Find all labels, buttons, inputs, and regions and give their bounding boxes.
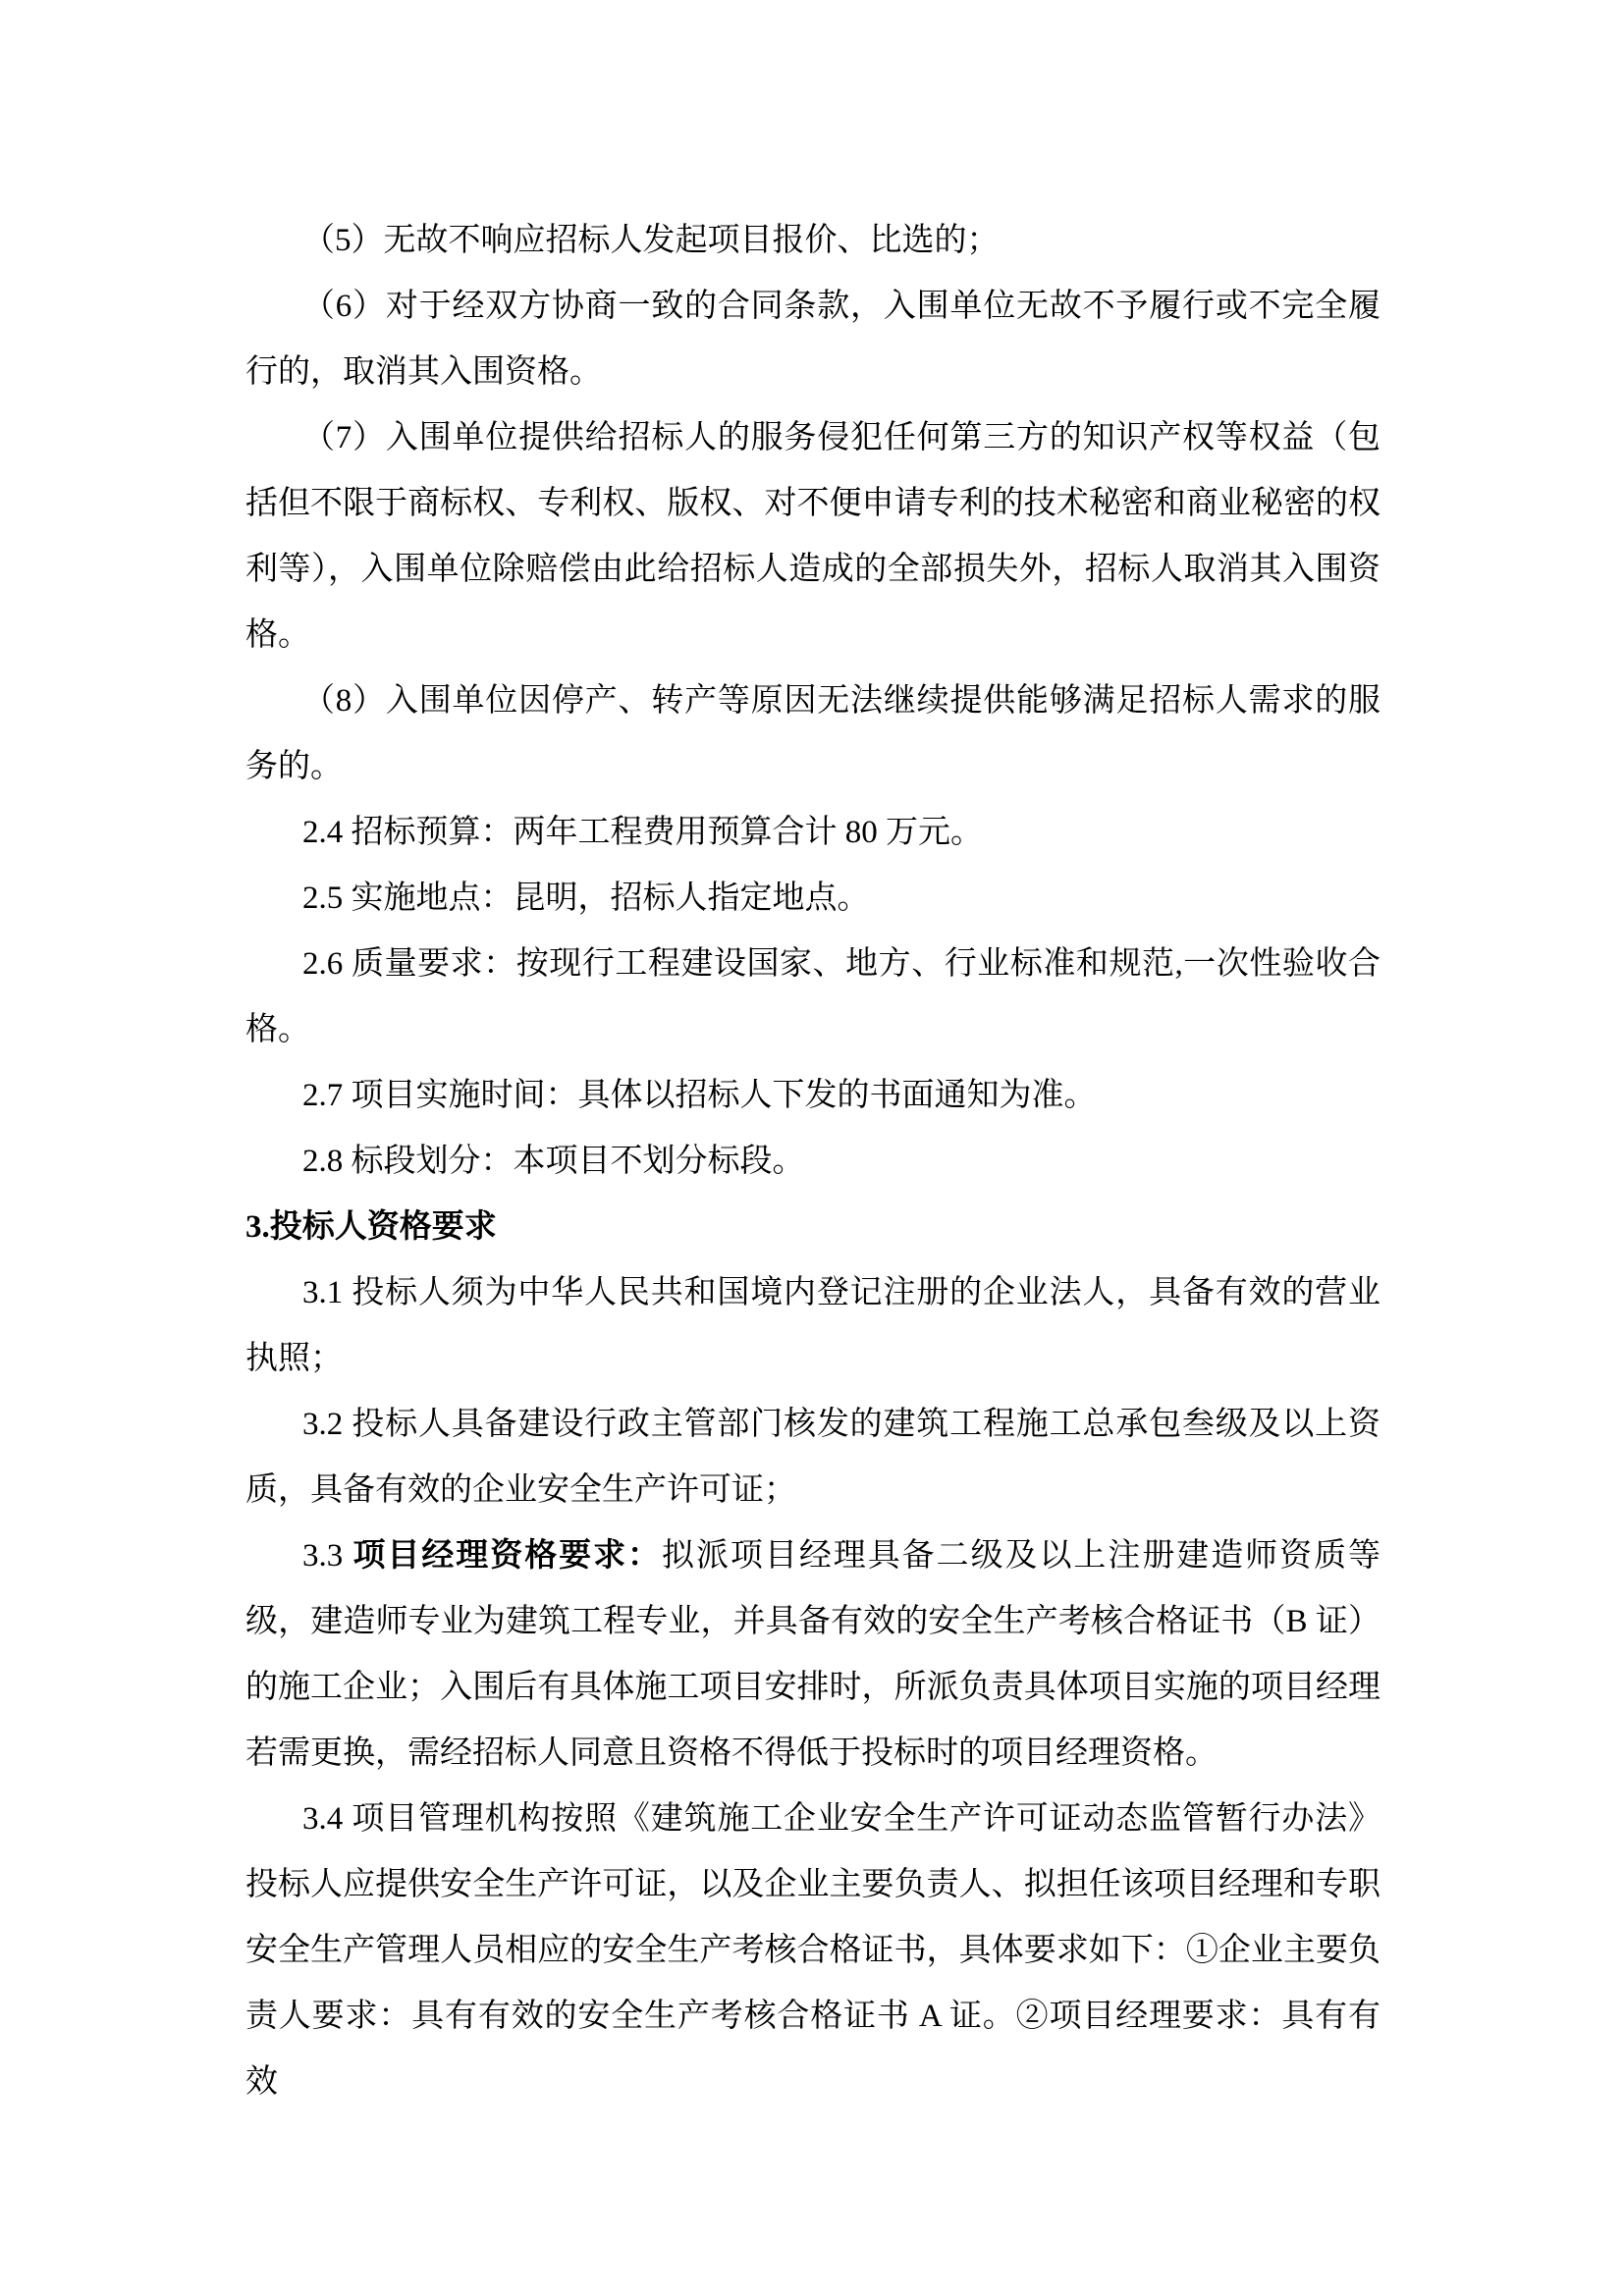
text-run: 2.4 招标预算：两年工程费用预算合计 80 万元。 [302,815,983,850]
text-run: 2.7 项目实施时间：具体以招标人下发的书面通知为准。 [302,1078,1097,1113]
text-run: （7）入围单位提供给招标人的服务侵犯任何第三方的知识产权等权益（包括但不限于商标… [245,420,1380,653]
text-run: 3.1 投标人须为中华人民共和国境内登记注册的企业法人，具备有效的营业执照； [245,1275,1380,1376]
text-run: 2.5 实施地点：昆明，招标人指定地点。 [302,881,870,916]
document-page: （5）无故不响应招标人发起项目报价、比选的；（6）对于经双方协商一致的合同条款，… [0,0,1624,2296]
paragraph-1: （5）无故不响应招标人发起项目报价、比选的； [245,208,1380,274]
text-run: （5）无故不响应招标人发起项目报价、比选的； [302,223,1000,258]
paragraph-14: 3.4 项目管理机构按照《建筑施工企业安全生产许可证动态监管暂行办法》投标人应提… [245,1787,1380,2115]
text-run: （8）入围单位因停产、转产等原因无法继续提供能够满足招标人需求的服务的。 [245,683,1380,784]
paragraph-2: （6）对于经双方协商一致的合同条款，入围单位无故不予履行或不完全履行的，取消其入… [245,274,1380,405]
paragraph-7: 2.6 质量要求：按现行工程建设国家、地方、行业标准和规范,一次性验收合格。 [245,932,1380,1063]
paragraph-12: 3.2 投标人具备建设行政主管部门核发的建筑工程施工总承包叁级及以上资质，具备有… [245,1392,1380,1523]
text-run: （6）对于经双方协商一致的合同条款，入围单位无故不予履行或不完全履行的，取消其入… [245,289,1380,390]
bold-text-run: 项目经理资格要求： [352,1538,662,1574]
text-run: 2.6 质量要求：按现行工程建设国家、地方、行业标准和规范,一次性验收合格。 [245,946,1380,1047]
paragraph-13: 3.3 项目经理资格要求：拟派项目经理具备二级及以上注册建造师资质等级，建造师专… [245,1523,1380,1787]
paragraph-3: （7）入围单位提供给招标人的服务侵犯任何第三方的知识产权等权益（包括但不限于商标… [245,405,1380,668]
text-run: 3.3 [302,1538,352,1574]
paragraph-11: 3.1 投标人须为中华人民共和国境内登记注册的企业法人，具备有效的营业执照； [245,1260,1380,1392]
paragraph-6: 2.5 实施地点：昆明，招标人指定地点。 [245,866,1380,932]
bold-text-run: 3.投标人资格要求 [245,1209,497,1245]
text-run: 3.4 项目管理机构按照《建筑施工企业安全生产许可证动态监管暂行办法》投标人应提… [245,1801,1380,2100]
text-run: 3.2 投标人具备建设行政主管部门核发的建筑工程施工总承包叁级及以上资质，具备有… [245,1407,1380,1508]
paragraph-9: 2.8 标段划分：本项目不划分标段。 [245,1129,1380,1195]
paragraph-4: （8）入围单位因停产、转产等原因无法继续提供能够满足招标人需求的服务的。 [245,668,1380,800]
text-run: 2.8 标段划分：本项目不划分标段。 [302,1144,805,1179]
paragraph-8: 2.7 项目实施时间：具体以招标人下发的书面通知为准。 [245,1063,1380,1129]
paragraph-5: 2.4 招标预算：两年工程费用预算合计 80 万元。 [245,800,1380,866]
section-heading: 3.投标人资格要求 [245,1195,1380,1260]
document-body: （5）无故不响应招标人发起项目报价、比选的；（6）对于经双方协商一致的合同条款，… [245,208,1380,2115]
